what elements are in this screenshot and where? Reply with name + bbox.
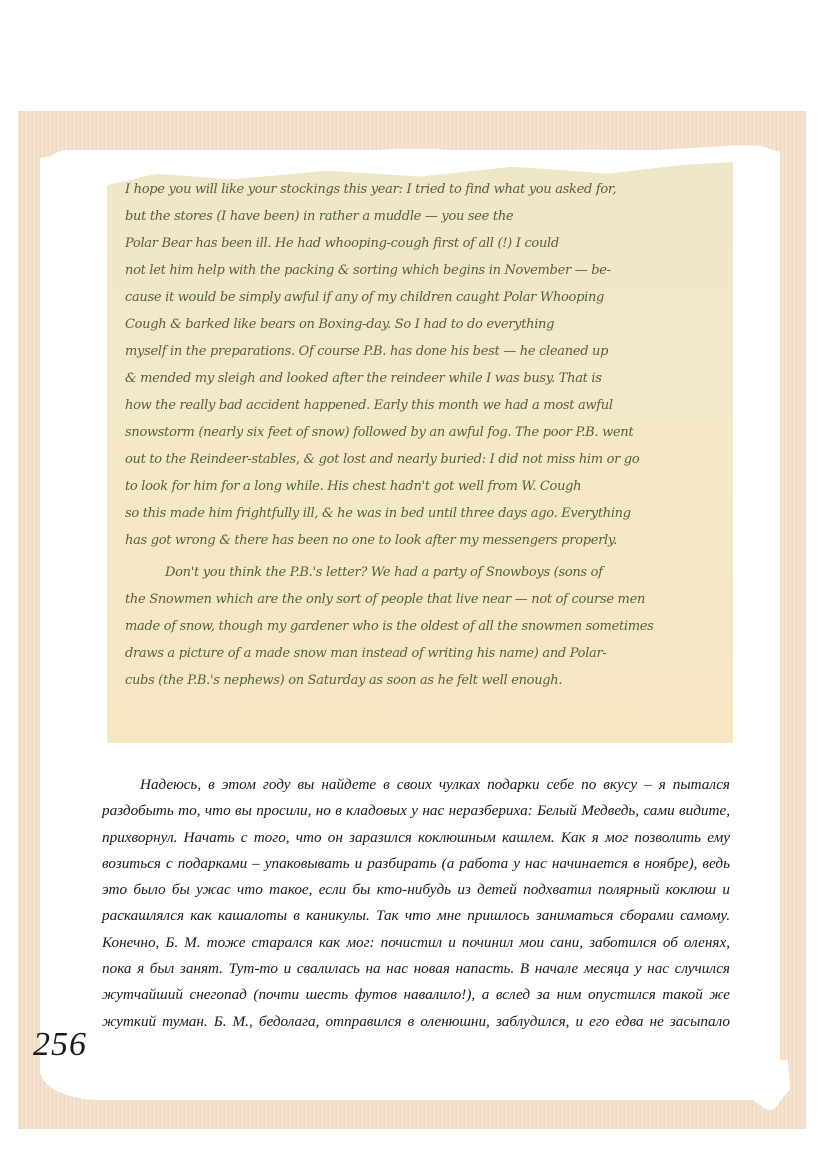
manuscript-line: I hope you will like your stockings this… xyxy=(125,182,723,197)
manuscript-line: not let him help with the packing & sort… xyxy=(125,263,723,278)
manuscript-line: Don't you think the P.B.'s letter? We ha… xyxy=(125,565,723,580)
manuscript-line: how the really bad accident happened. Ea… xyxy=(125,398,723,413)
manuscript-line: out to the Reindeer-stables, & got lost … xyxy=(125,452,723,467)
manuscript-line: so this made him frightfully ill, & he w… xyxy=(125,506,723,521)
manuscript-line: draws a picture of a made snow man inste… xyxy=(125,646,723,661)
manuscript-line: has got wrong & there has been no one to… xyxy=(125,533,723,548)
manuscript-line: & mended my sleigh and looked after the … xyxy=(125,371,723,386)
handwritten-letter-image: I hope you will like your stockings this… xyxy=(107,162,733,743)
manuscript-line: but the stores (I have been) in rather a… xyxy=(125,209,723,224)
torn-paper-bottom-edge xyxy=(18,1060,806,1130)
manuscript-line: made of snow, though my gardener who is … xyxy=(125,619,723,634)
manuscript-line: cause it would be simply awful if any of… xyxy=(125,290,723,305)
manuscript-line: snowstorm (nearly six feet of snow) foll… xyxy=(125,425,723,440)
manuscript-line: Cough & barked like bears on Boxing-day.… xyxy=(125,317,723,332)
translation-text: Надеюсь, в этом году вы найдете в своих … xyxy=(102,772,730,1035)
page-number: 256 xyxy=(33,1026,87,1064)
manuscript-line: the Snowmen which are the only sort of p… xyxy=(125,592,723,607)
translation-paragraph: Надеюсь, в этом году вы найдете в своих … xyxy=(102,772,730,1035)
manuscript-line: myself in the preparations. Of course P.… xyxy=(125,344,723,359)
manuscript-line: to look for him for a long while. His ch… xyxy=(125,479,723,494)
manuscript-line: cubs (the P.B.'s nephews) on Saturday as… xyxy=(125,673,723,688)
manuscript-line: Polar Bear has been ill. He had whooping… xyxy=(125,236,723,251)
